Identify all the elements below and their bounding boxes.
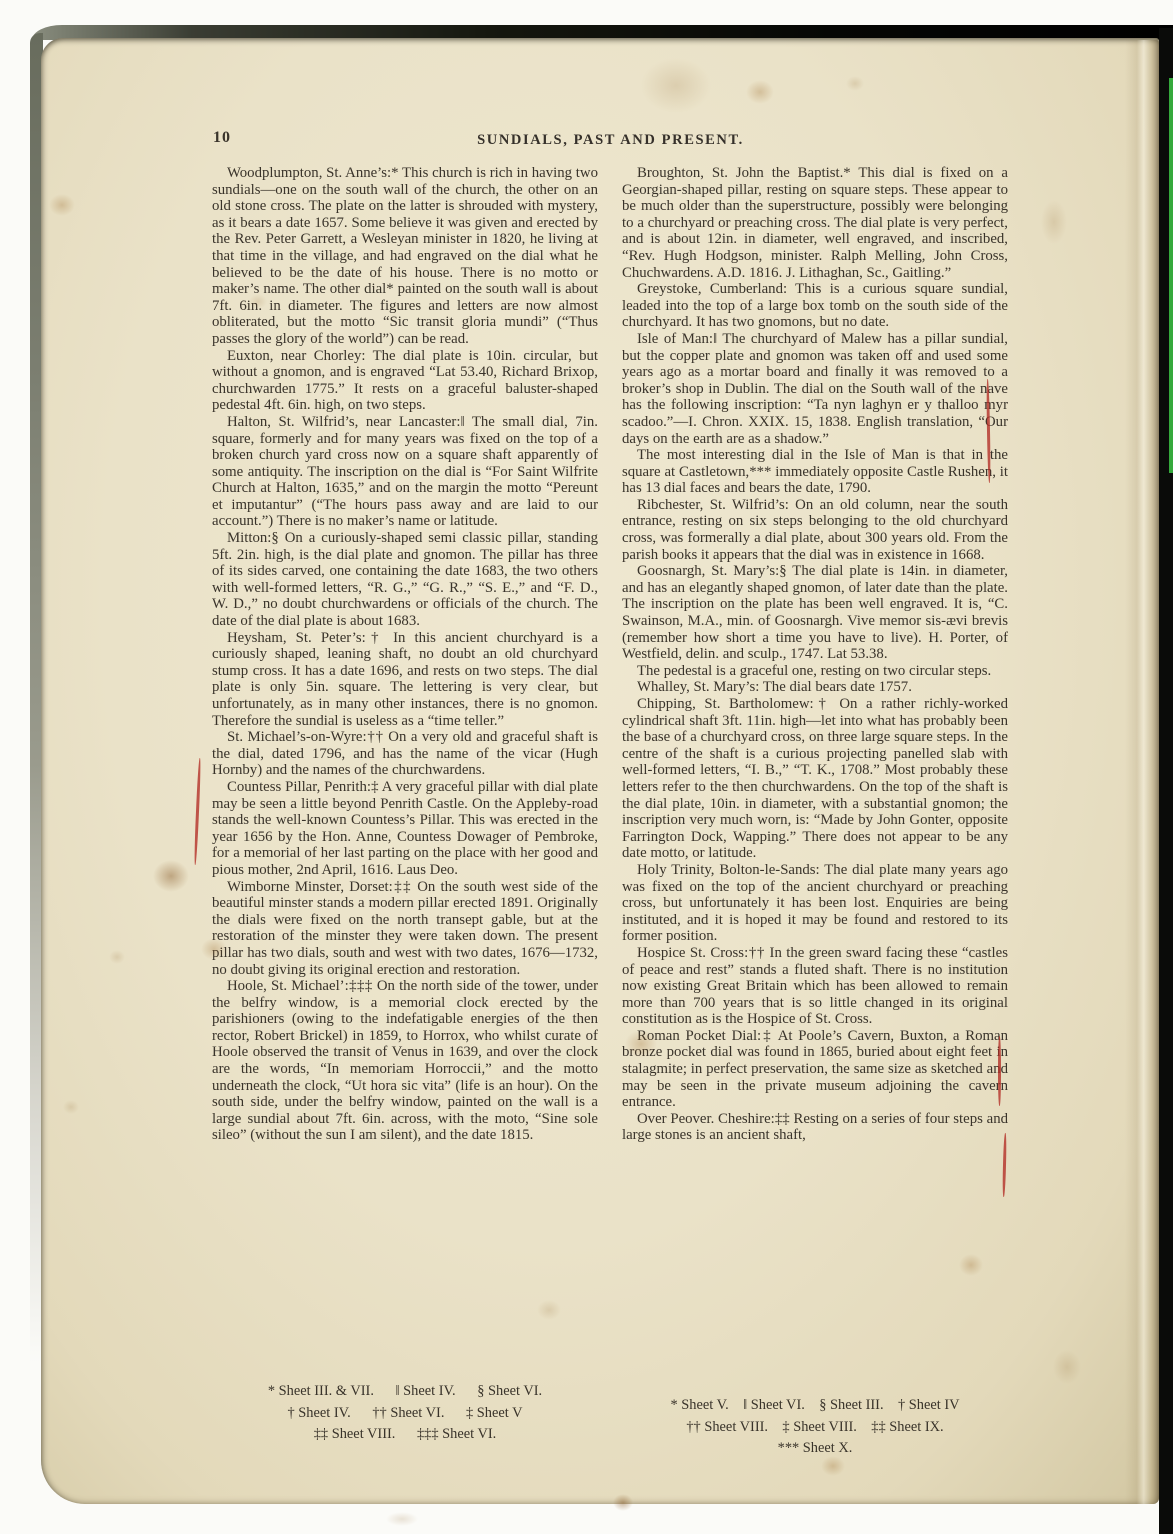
stain — [746, 80, 774, 104]
footnote-line: *** Sheet X. — [622, 1438, 1008, 1460]
paragraph: Heysham, St. Peter’s:† In this ancient c… — [212, 630, 598, 730]
footnote-line: †† Sheet VIII. ‡ Sheet VIII. ‡‡ Sheet IX… — [622, 1417, 1008, 1439]
stain — [109, 950, 125, 964]
text-column-left: Woodplumpton, St. Anne’s:* This church i… — [212, 165, 598, 1377]
stain — [613, 1494, 633, 1511]
stain — [63, 1100, 79, 1114]
page-edge-curl — [1125, 40, 1159, 1504]
paragraph: Roman Pocket Dial:‡ At Poole’s Cavern, B… — [622, 1028, 1008, 1111]
footnote-line: * Sheet III. & VII. ‖ Sheet IV. § Sheet … — [212, 1381, 598, 1403]
stain — [1053, 1350, 1081, 1384]
paragraph: St. Michael’s-on-Wyre:†† On a very old a… — [212, 729, 598, 779]
paragraph: Halton, St. Wilfrid’s, near Lancaster:‖ … — [212, 414, 598, 530]
paragraph: Hoole, St. Michael’:‡‡‡ On the north sid… — [212, 978, 598, 1144]
paragraph: The pedestal is a graceful one, resting … — [622, 663, 1008, 680]
stain — [49, 194, 75, 216]
paragraph: Holy Trinity, Bolton-le-Sands: The dial … — [622, 862, 1008, 945]
footnote-line: † Sheet IV. †† Sheet VI. ‡ Sheet V — [212, 1403, 598, 1425]
stain — [153, 860, 189, 892]
book-page: 10 SUNDIALS, PAST AND PRESENT. Woodplump… — [41, 38, 1159, 1504]
paragraph: Chipping, St. Bartholomew:† On a rather … — [622, 696, 1008, 862]
paragraph: Wimborne Minster, Dorset:‡‡ On the south… — [212, 879, 598, 979]
paragraph: Isle of Man:‖ The churchyard of Malew ha… — [622, 331, 1008, 447]
paragraph: Over Peover. Cheshire:‡‡ Resting on a se… — [622, 1111, 1008, 1144]
footnotes-right: * Sheet V. ‖ Sheet VI. § Sheet III. † Sh… — [622, 1395, 1008, 1460]
book-cover-green-edge — [1169, 78, 1173, 473]
red-pen-mark — [998, 1036, 1001, 1106]
scanned-book-page: { "page": { "number": "10", "running_tit… — [0, 0, 1173, 1534]
paragraph: Goosnargh, St. Mary’s:§ The dial plate i… — [622, 563, 1008, 663]
running-title: SUNDIALS, PAST AND PRESENT. — [212, 132, 1009, 149]
footnote-line: * Sheet V. ‖ Sheet VI. § Sheet III. † Sh… — [622, 1395, 1008, 1417]
paragraph: Broughton, St. John the Baptist.* This d… — [622, 165, 1008, 281]
paragraph: Whalley, St. Mary’s: The dial bears date… — [622, 679, 1008, 696]
text-column-right: Broughton, St. John the Baptist.* This d… — [622, 165, 1008, 1391]
footnotes-left: * Sheet III. & VII. ‖ Sheet IV. § Sheet … — [212, 1381, 598, 1446]
paragraph: Euxton, near Chorley: The dial plate is … — [212, 348, 598, 414]
paragraph: The most interesting dial in the Isle of… — [622, 447, 1008, 497]
paragraph: Mitton:§ On a curiously-shaped semi clas… — [212, 530, 598, 630]
paragraph: Hospice St. Cross:†† In the green sward … — [622, 945, 1008, 1028]
stain — [846, 76, 864, 91]
stain — [641, 58, 711, 113]
paragraph: Greystoke, Cumberland: This is a curious… — [622, 281, 1008, 331]
paragraph: Ribchester, St. Wilfrid’s: On an old col… — [622, 497, 1008, 563]
stain — [386, 1512, 418, 1526]
paragraph: Countess Pillar, Penrith:‡ A very gracef… — [212, 779, 598, 879]
stain — [1041, 200, 1067, 244]
footnote-line: ‡‡ Sheet VIII. ‡‡‡ Sheet VI. — [212, 1424, 598, 1446]
paragraph: Woodplumpton, St. Anne’s:* This church i… — [212, 165, 598, 348]
